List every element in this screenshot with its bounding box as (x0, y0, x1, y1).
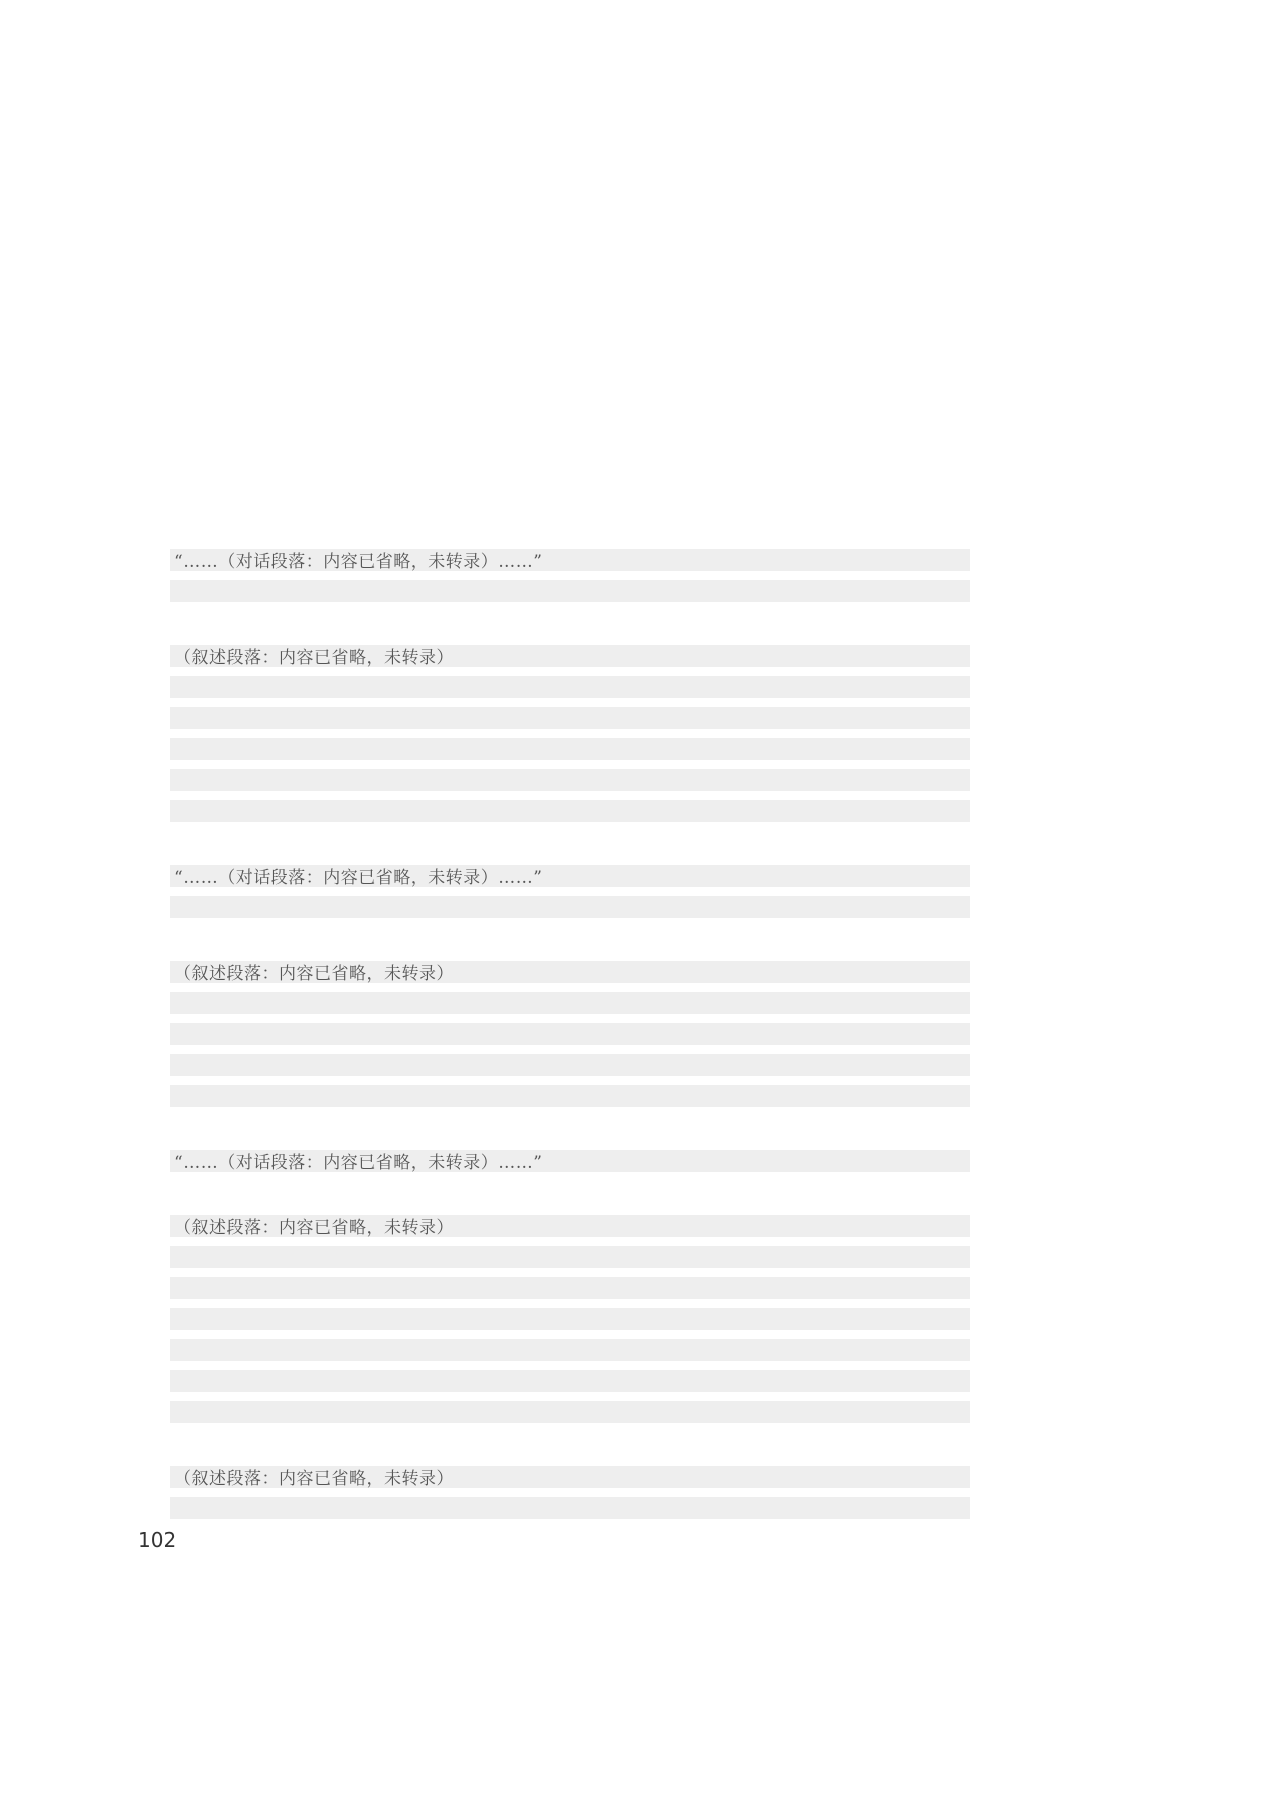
paragraph: “……（对话段落：内容已省略，未转录）……” (170, 545, 970, 611)
paragraph: （叙述段落：内容已省略，未转录） (170, 641, 970, 831)
paragraph: “……（对话段落：内容已省略，未转录）……” (170, 1146, 970, 1181)
page-number: 102 (138, 1528, 176, 1552)
text-block: “……（对话段落：内容已省略，未转录）……” （叙述段落：内容已省略，未转录） … (170, 545, 970, 1558)
paragraph: （叙述段落：内容已省略，未转录） (170, 1462, 970, 1528)
paragraph: （叙述段落：内容已省略，未转录） (170, 1211, 970, 1432)
document-page: “……（对话段落：内容已省略，未转录）……” （叙述段落：内容已省略，未转录） … (0, 0, 1280, 1810)
paragraph: （叙述段落：内容已省略，未转录） (170, 957, 970, 1116)
paragraph: “……（对话段落：内容已省略，未转录）……” (170, 861, 970, 927)
